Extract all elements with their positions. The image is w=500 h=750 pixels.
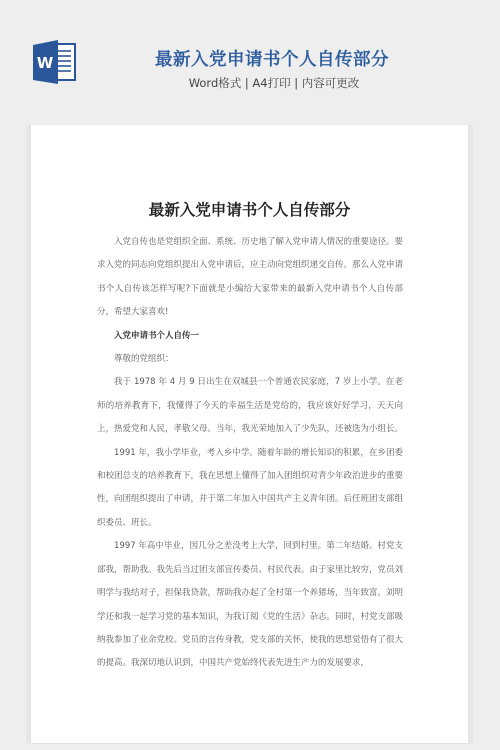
document-title: 最新入党申请书个人自传部分 xyxy=(31,198,468,220)
document-page: 最新入党申请书个人自传部分 入党自传也是党组织全面、系统、历史地了解入党申请人情… xyxy=(31,125,468,743)
header-subtitle: Word格式 | A4打印 | 内容可更改 xyxy=(0,75,500,91)
intro-paragraph: 入党自传也是党组织全面、系统、历史地了解入党申请人情况的重要途径。要求入党的同志… xyxy=(97,231,403,325)
header-title: 最新入党申请书个人自传部分 xyxy=(0,46,500,71)
page-header: W 最新入党申请书个人自传部分 Word格式 | A4打印 | 内容可更改 xyxy=(0,0,500,120)
body-paragraph: 1997 年高中毕业，因几分之差没考上大学，回到村里。第二年结婚。村党支部我，帮… xyxy=(97,535,403,675)
section-heading: 入党申请书个人自传一 xyxy=(97,325,403,348)
document-body: 入党自传也是党组织全面、系统、历史地了解入党申请人情况的重要途径。要求入党的同志… xyxy=(97,231,403,676)
salutation: 尊敬的党组织： xyxy=(97,348,403,371)
body-paragraph: 1991 年，我小学毕业，考入乡中学。随着年龄的增长知识的积累，在乡团委和校团总… xyxy=(97,442,403,536)
body-paragraph: 我于 1978 年 4 月 9 日出生在双城县一个普通农民家庭，7 岁上小学。在… xyxy=(97,371,403,441)
